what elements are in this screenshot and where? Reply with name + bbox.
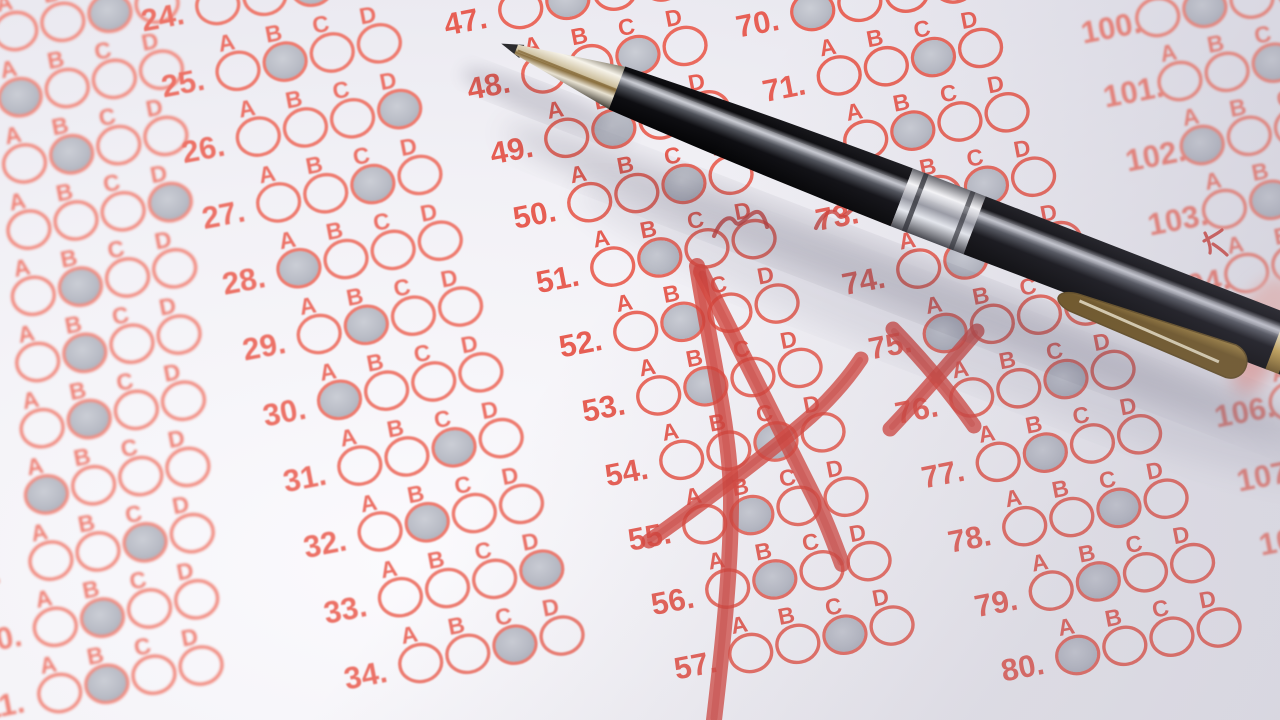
scene-svg: 1.ABCD2.ABCD3.ABCD4.ABCD5.ABCD6.ABCD7.AB… xyxy=(0,0,1280,720)
corner-shading xyxy=(0,0,1280,720)
answer-sheet-photo: 1.ABCD2.ABCD3.ABCD4.ABCD5.ABCD6.ABCD7.AB… xyxy=(0,0,1280,720)
